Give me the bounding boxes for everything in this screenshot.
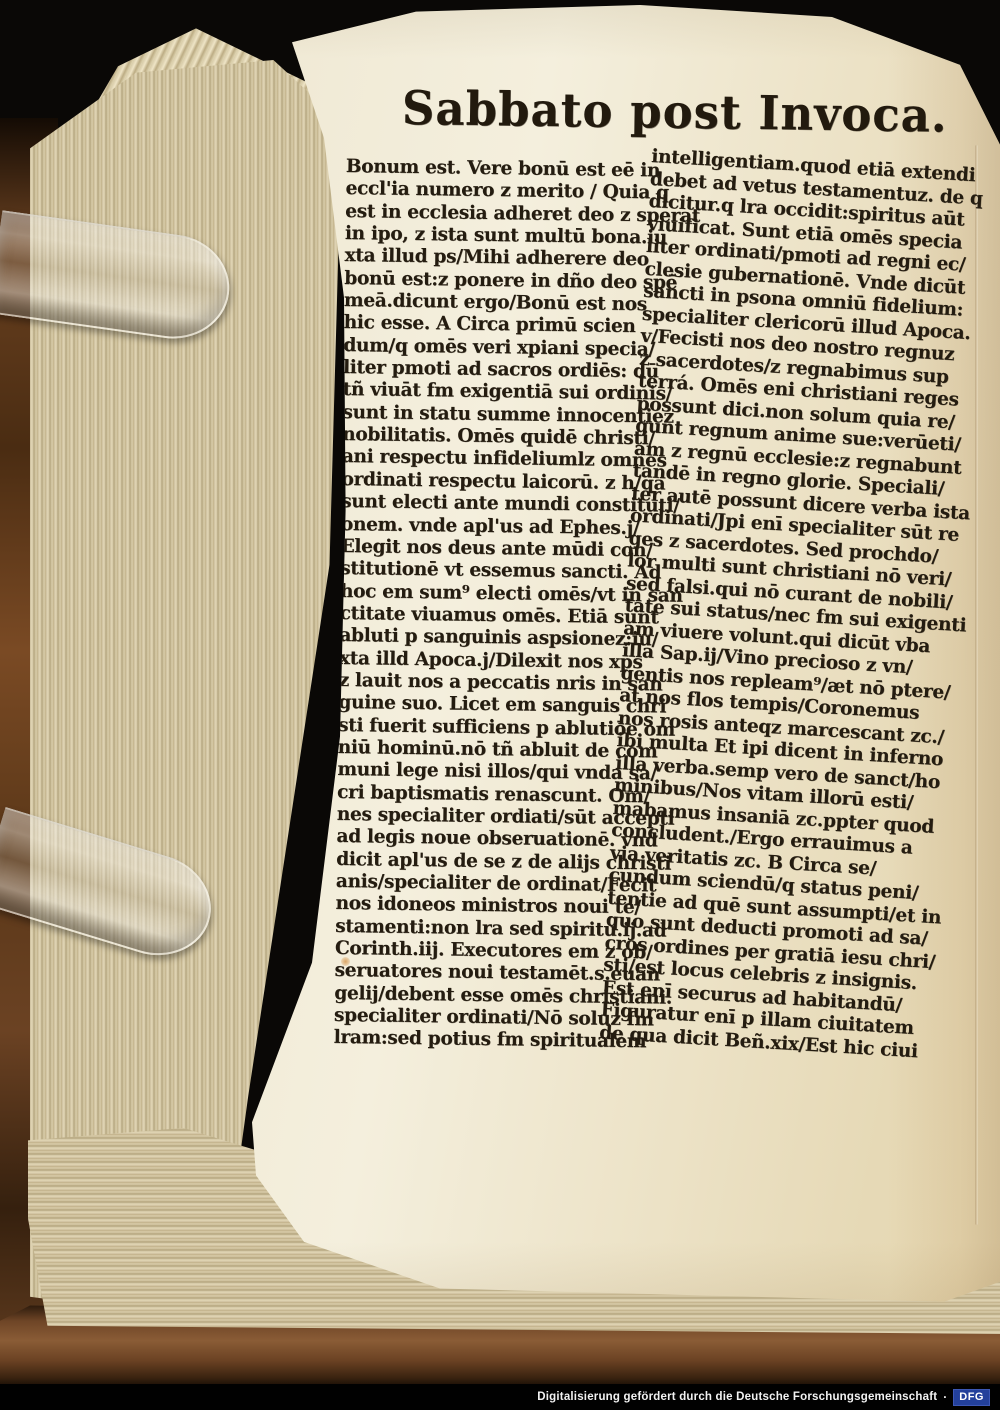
digitized-book-photo: Sabbato post Invoca. Bonum est. Vere bon… (0, 0, 1000, 1410)
page-gutter-crease (975, 145, 978, 1225)
dfg-logo: DFG (953, 1389, 990, 1406)
text-column-right: intelligentiam.quod etiā extendidebet ad… (599, 146, 964, 1063)
digitization-credit-bar: Digitalisierung gefördert durch die Deut… (0, 1384, 1000, 1410)
credit-text: Digitalisierung gefördert durch die Deut… (537, 1391, 937, 1403)
text-line: lram:sed potius fm spiritualem (334, 1027, 642, 1054)
page-heading: Sabbato post Invoca. (402, 80, 923, 142)
credit-separator: · (943, 1390, 947, 1404)
